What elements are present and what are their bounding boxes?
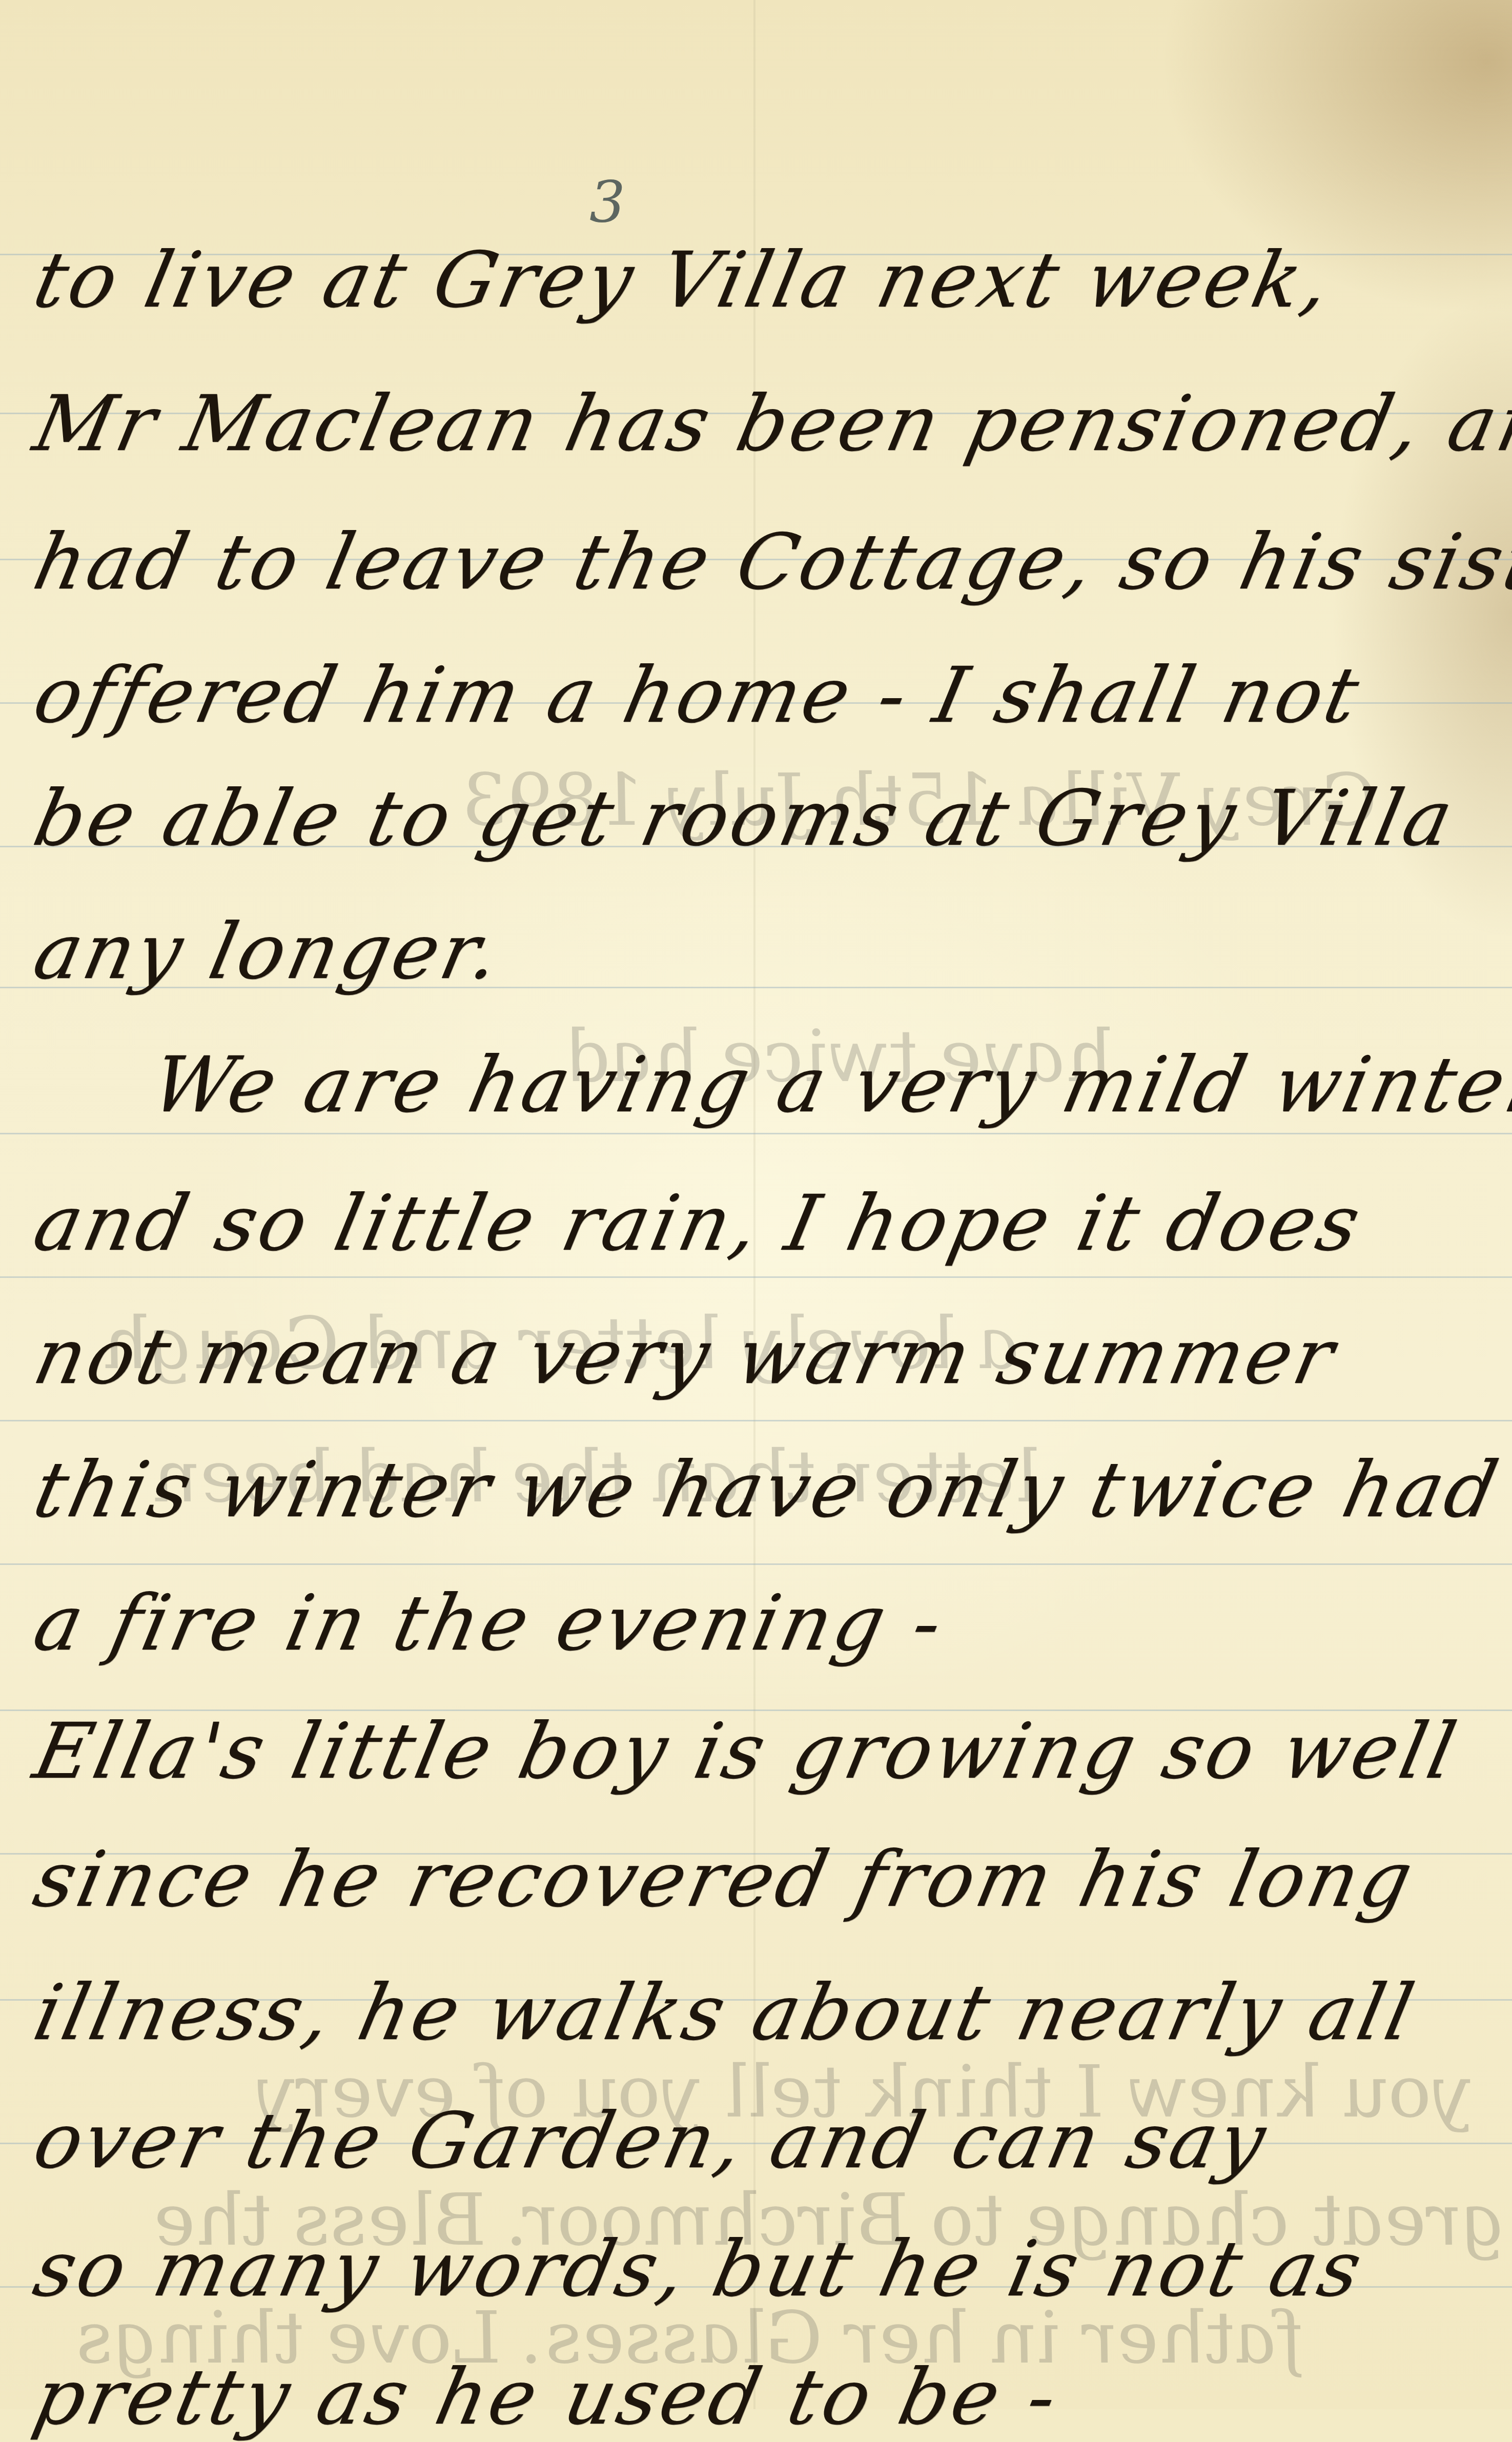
- letter-line: so many words, but he is not as: [27, 2225, 1372, 2314]
- letter-line: offered him a home - I shall not: [27, 651, 1370, 740]
- ruled-line: [0, 1133, 1512, 1134]
- letter-line: this winter we have only twice had: [27, 1446, 1508, 1535]
- letter-line: pretty as he used to be -: [27, 2353, 1068, 2409]
- letter-line: over the Garden, and can say: [27, 2097, 1276, 2186]
- letter-line: illness, he walks about nearly all: [27, 1968, 1424, 2058]
- ruled-line: [0, 1276, 1512, 1278]
- letter-line: a fire in the evening -: [27, 1579, 953, 1668]
- letter-line: not mean a very warm summer: [27, 1312, 1344, 1401]
- ruled-line: [0, 1420, 1512, 1421]
- letter-line: Mr Maclean has been pensioned, and: [27, 379, 1512, 469]
- letter-line: and so little rain, I hope it does: [27, 1179, 1371, 1268]
- letter-line: any longer.: [27, 907, 510, 996]
- ruled-line: [0, 1563, 1512, 1565]
- letter-line: be able to get rooms at Grey Villa: [27, 774, 1463, 863]
- letter-line: We are having a very mild winter: [145, 1041, 1512, 1130]
- letter-line: since he recovered from his long: [27, 1835, 1423, 1924]
- letter-line: had to leave the Cottage, so his sisters: [27, 518, 1512, 607]
- letter-page: Grey Villa 15th July 1893 have twice had…: [0, 0, 1512, 2409]
- letter-line: to live at Grey Villa next week,: [27, 236, 1341, 325]
- letter-line: Ella's little boy is growing so well: [27, 1707, 1466, 1796]
- page-number: 3: [589, 169, 625, 235]
